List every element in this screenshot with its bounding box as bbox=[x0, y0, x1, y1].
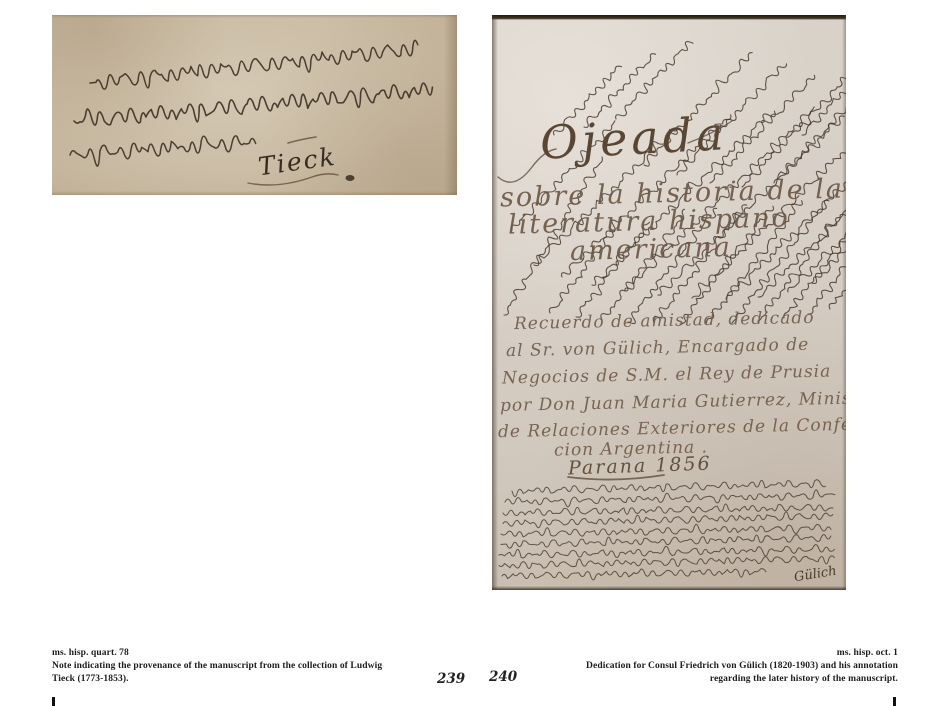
paper-edge bbox=[444, 15, 457, 195]
paper-edge bbox=[52, 191, 457, 195]
registration-mark-left bbox=[52, 697, 55, 706]
handwriting-scribble-layer bbox=[52, 15, 457, 195]
caption-right: ms. hisp. oct. 1 Dedication for Consul F… bbox=[498, 647, 898, 686]
caption-text-line: Tieck (1773-1853). bbox=[52, 673, 392, 686]
handwriting-scribble-layer bbox=[492, 15, 846, 590]
page-number-right: 240 bbox=[489, 669, 517, 685]
manuscript-title: Ojeada bbox=[539, 106, 729, 170]
caption-left: ms. hisp. quart. 78 Note indicating the … bbox=[52, 647, 392, 686]
page-number-left: 239 bbox=[437, 671, 465, 687]
caption-text-line: Dedication for Consul Friedrich von Güli… bbox=[498, 660, 898, 673]
plate-ojeada-title-page: Ojeada sobre la historia de la literatur… bbox=[492, 15, 846, 590]
paper-edge bbox=[842, 15, 846, 590]
book-edge bbox=[492, 15, 846, 20]
caption-text-line: Note indicating the provenance of the ma… bbox=[52, 660, 392, 673]
paper-edge bbox=[52, 15, 457, 18]
plate-tieck-note: Tieck bbox=[52, 15, 457, 195]
manuscript-subtitle-line: americana bbox=[570, 232, 733, 267]
book-gutter-shadow bbox=[492, 15, 498, 590]
caption-text-line: regarding the later history of the manus… bbox=[498, 673, 898, 686]
shelfmark: ms. hisp. quart. 78 bbox=[52, 647, 392, 660]
shelfmark: ms. hisp. oct. 1 bbox=[498, 647, 898, 660]
book-edge bbox=[492, 586, 846, 590]
registration-mark-right bbox=[893, 697, 896, 706]
